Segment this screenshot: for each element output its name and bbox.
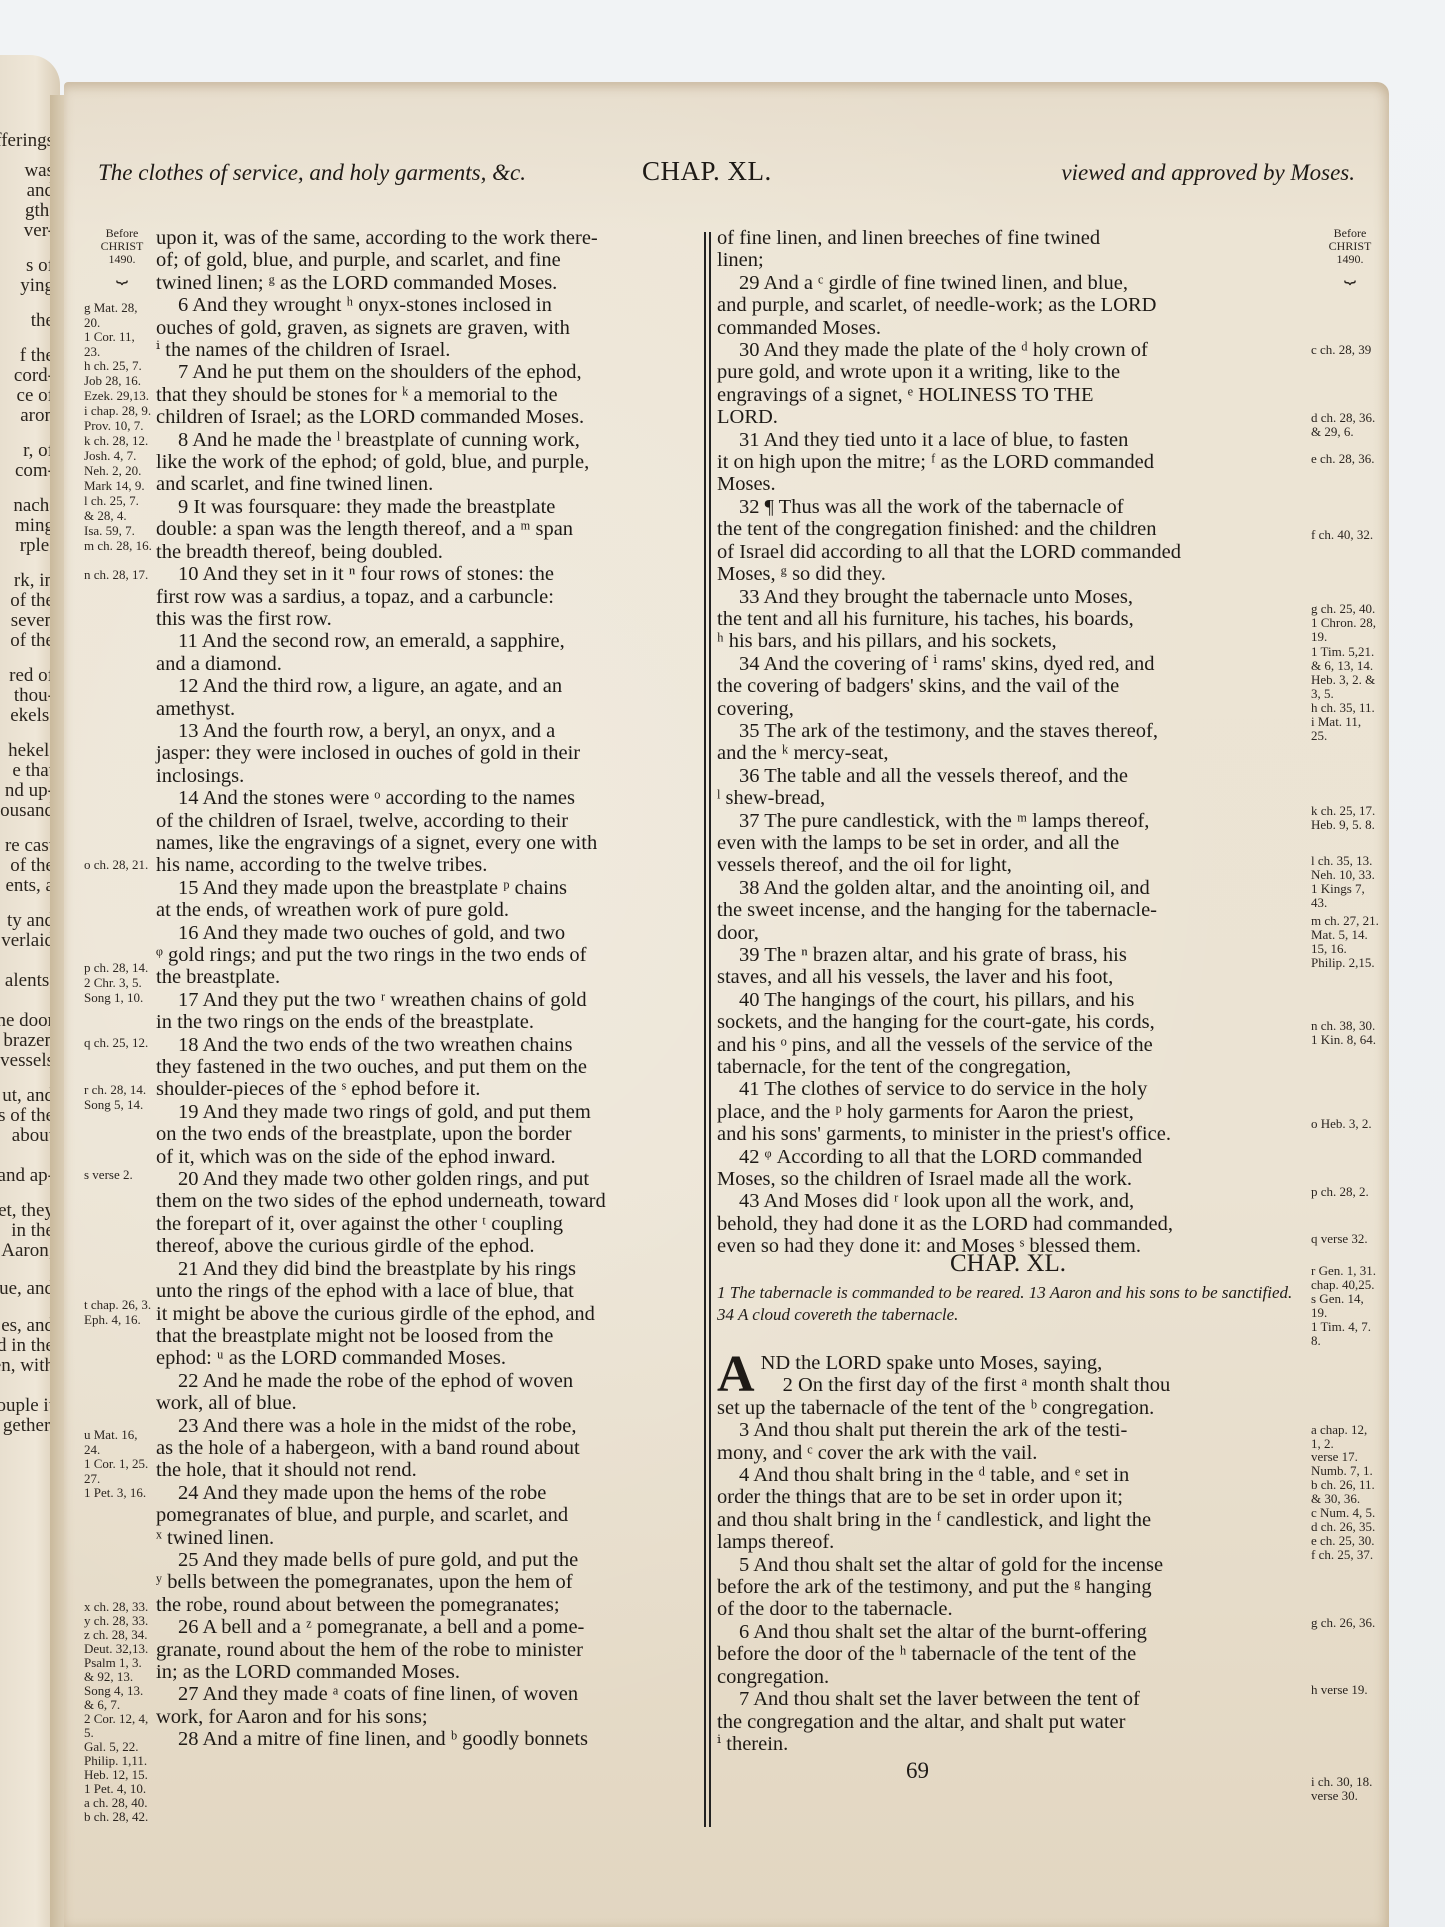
left-page-text-fragment: d in the	[0, 1335, 54, 1357]
margin-reference: 43.	[1311, 895, 1327, 910]
margin-reference: 23.	[84, 344, 100, 359]
verse-line: as the hole of a habergeon, with a band …	[156, 1437, 696, 1459]
margin-reference: 19.	[1311, 629, 1327, 644]
left-page-text-fragment: cord-	[14, 365, 54, 387]
verse-line: and thou shalt bring in the ᶠ candlestic…	[717, 1509, 1299, 1531]
verse-line: double: a span was the length thereof, a…	[156, 518, 696, 540]
margin-reference: & 92, 13.	[84, 1669, 133, 1684]
verse-line: 35 The ark of the testimony, and the sta…	[717, 720, 1299, 742]
verse-line: twined linen; ᵍ as the LORD commanded Mo…	[156, 272, 696, 294]
margin-reference: x ch. 28, 33.	[84, 1599, 148, 1614]
margin-reference: Heb. 3, 2. &	[1311, 672, 1375, 687]
verse-line: order the things that are to be set in o…	[717, 1486, 1299, 1508]
left-page-text-fragment: alents,	[5, 970, 54, 992]
verse-line: 42 ᵠ According to all that the LORD comm…	[717, 1146, 1299, 1168]
verse-line: pomegranates of blue, and purple, and sc…	[156, 1504, 696, 1526]
left-page-text-fragment: Aaron;	[1, 1240, 54, 1262]
margin-reference: o Heb. 3, 2.	[1311, 1116, 1372, 1131]
verse-line: pure gold, and wrote upon it a writing, …	[717, 361, 1299, 383]
verse-line: 16 And they made two ouches of gold, and…	[156, 922, 696, 944]
margin-reference: 1 Pet. 3, 16.	[84, 1485, 146, 1500]
margin-reference: & 28, 4.	[84, 508, 127, 523]
left-page-text-fragment: ce of	[17, 385, 54, 407]
verse-line: that they should be stones for ᵏ a memor…	[156, 384, 696, 406]
verse-line: in the two rings on the ends of the brea…	[156, 1011, 696, 1033]
verse-line: 14 And the stones were ᵒ according to th…	[156, 787, 696, 809]
margin-reference: & 6, 13, 14.	[1311, 658, 1373, 673]
verse-line: Moses, ᵍ so did they.	[717, 563, 1299, 585]
margin-reference: m ch. 27, 21.	[1311, 913, 1379, 928]
verse-line: it might be above the curious girdle of …	[156, 1303, 696, 1325]
brace-ornament-icon: ⏟	[84, 266, 160, 280]
margin-reference: 5.	[84, 1725, 94, 1740]
verse-line: ND the LORD spake unto Moses, saying,	[717, 1352, 1299, 1374]
verse-line: names, like the engravings of a signet, …	[156, 832, 696, 854]
margin-reference: & 29, 6.	[1311, 424, 1354, 439]
verse-line: the tent and all his furniture, his tach…	[717, 608, 1299, 630]
margin-reference: chap. 40,25.	[1311, 1277, 1375, 1292]
margin-reference: y ch. 28, 33.	[84, 1613, 148, 1628]
verse-line: 22 And he made the robe of the ephod of …	[156, 1370, 696, 1392]
verse-line: shoulder-pieces of the ˢ ephod before it…	[156, 1078, 696, 1100]
margin-reference: s Gen. 14,	[1311, 1291, 1364, 1306]
margin-reference: Job 28, 16.	[84, 373, 141, 388]
left-page-text-fragment: thou-	[14, 685, 54, 707]
chapter-summary: 1 The tabernacle is commanded to be rear…	[717, 1282, 1299, 1326]
margin-reference: c ch. 28, 39	[1311, 342, 1371, 357]
verse-line: even with the lamps to be set in order, …	[717, 832, 1299, 854]
verse-line: 12 And the third row, a ligure, an agate…	[156, 675, 696, 697]
verse-line: sockets, and the hanging for the court-g…	[717, 1011, 1299, 1033]
margin-reference: i ch. 30, 18.	[1311, 1774, 1372, 1789]
verse-line: 6 And they wrought ʰ onyx-stones inclose…	[156, 294, 696, 316]
left-page-text-fragment: red of	[9, 665, 54, 687]
left-page-text-fragment: of the	[10, 590, 54, 612]
margin-reference: & 6, 7.	[84, 1697, 120, 1712]
verse-line: ˣ twined linen.	[156, 1527, 696, 1549]
verse-line: Moses, so the children of Israel made al…	[717, 1168, 1299, 1190]
margin-reference: Song 1, 10.	[84, 990, 143, 1005]
verse-line: staves, and all his vessels, the laver a…	[717, 966, 1299, 988]
verse-line: of the door to the tabernacle.	[717, 1598, 1299, 1620]
margin-reference: verse 30.	[1311, 1788, 1358, 1803]
right-text-column-bottom: A ND the LORD spake unto Moses, saying, …	[717, 1352, 1299, 1755]
left-page-text-fragment: com-	[15, 460, 54, 482]
left-page-text-fragment: ue, and	[0, 1278, 54, 1300]
margin-reference: n ch. 28, 17.	[84, 567, 148, 582]
verse-line: 28 And a mitre of fine linen, and ᵇ good…	[156, 1728, 696, 1750]
verse-line: 32 ¶ Thus was all the work of the tabern…	[717, 496, 1299, 518]
margin-reference: p ch. 28, 14.	[84, 960, 148, 975]
verse-line: 40 The hangings of the court, his pillar…	[717, 989, 1299, 1011]
verse-line: amethyst.	[156, 698, 696, 720]
margin-reference: 1 Tim. 5,21.	[1311, 644, 1374, 659]
left-page-text-fragment: gether.	[3, 1415, 54, 1437]
verse-line: they fastened in the two ouches, and put…	[156, 1056, 696, 1078]
left-page-text-fragment: ty and	[7, 910, 54, 932]
verse-line: his name, according to the twelve tribes…	[156, 854, 696, 876]
verse-line: 7 And thou shalt set the laver between t…	[717, 1688, 1299, 1710]
verse-line: 34 And the covering of ⁱ rams' skins, dy…	[717, 653, 1299, 675]
verse-line: at the ends, of wreathen work of pure go…	[156, 899, 696, 921]
left-page-text-fragment: ut, and	[2, 1085, 54, 1107]
margin-reference: p ch. 28, 2.	[1311, 1184, 1369, 1199]
left-page-text-fragment: of the	[10, 855, 54, 877]
margin-reference: z ch. 28, 34.	[84, 1627, 148, 1642]
verse-line: 11 And the second row, an emerald, a sap…	[156, 630, 696, 652]
margin-reference: Heb. 12, 15.	[84, 1767, 148, 1782]
margin-reference: l ch. 35, 13.	[1311, 853, 1372, 868]
margin-reference: Psalm 1, 3.	[84, 1655, 142, 1670]
verse-line: children of Israel; as the LORD commande…	[156, 406, 696, 428]
verse-line: 18 And the two ends of the two wreathen …	[156, 1034, 696, 1056]
verse-line: 2 On the first day of the first ᵃ month …	[717, 1374, 1299, 1396]
margin-reference: g Mat. 28,	[84, 300, 137, 315]
margin-reference: Numb. 7, 1.	[1311, 1463, 1373, 1478]
verse-line: 38 And the golden altar, and the anointi…	[717, 877, 1299, 899]
left-margin-references: Before CHRIST 1490. ⏟ g Mat. 28,20.1 Cor…	[84, 227, 160, 280]
bible-page: The clothes of service, and holy garment…	[64, 82, 1389, 1927]
verse-line: like the work of the ephod; of gold, blu…	[156, 451, 696, 473]
drop-cap: A	[717, 1354, 755, 1396]
margin-reference: 1 Cor. 11,	[84, 329, 135, 344]
margin-reference: k ch. 25, 17.	[1311, 803, 1375, 818]
page-number: 69	[906, 1758, 929, 1784]
left-page-text-fragment: rple,	[20, 535, 54, 557]
margin-reference: Mat. 5, 14.	[1311, 927, 1368, 942]
margin-reference: q verse 32.	[1311, 1231, 1368, 1246]
verse-line: the sweet incense, and the hanging for t…	[717, 899, 1299, 921]
left-page-text-fragment: brazen	[3, 1030, 54, 1052]
left-page-text-fragment: e that	[12, 760, 54, 782]
verse-line: 9 It was foursquare: they made the breas…	[156, 496, 696, 518]
verse-line: 7 And he put them on the shoulders of th…	[156, 361, 696, 383]
verse-line: ⁱ the names of the children of Israel.	[156, 339, 696, 361]
left-page-text-fragment: s of the	[0, 1105, 54, 1127]
left-page-text-fragment: offerings	[0, 130, 54, 152]
margin-reference: c Num. 4, 5.	[1311, 1505, 1375, 1520]
verse-line: 31 And they tied unto it a lace of blue,…	[717, 429, 1299, 451]
verse-line: 33 And they brought the tabernacle unto …	[717, 586, 1299, 608]
margin-reference: e ch. 28, 36.	[1311, 451, 1375, 466]
left-page-text-fragment: vessels	[0, 1050, 54, 1072]
verse-line: before the door of the ʰ tabernacle of t…	[717, 1643, 1299, 1665]
margin-reference: Philip. 2,15.	[1311, 955, 1375, 970]
right-margin-references: Before CHRIST 1490. ⏟ c ch. 28, 39d ch. …	[1311, 227, 1389, 280]
verse-line: first row was a sardius, a topaz, and a …	[156, 586, 696, 608]
brace-ornament-icon: ⏟	[1311, 266, 1389, 280]
verse-line: 10 And they set in it ⁿ four rows of sto…	[156, 563, 696, 585]
margin-reference: h ch. 25, 7.	[84, 358, 142, 373]
margin-reference: 1 Kings 7,	[1311, 881, 1365, 896]
margin-reference: 2 Cor. 12, 4,	[84, 1711, 148, 1726]
verse-line: the breadth thereof, being doubled.	[156, 541, 696, 563]
verse-line: set up the tabernacle of the tent of the…	[717, 1397, 1299, 1419]
verse-line: door,	[717, 922, 1299, 944]
verse-line: 5 And thou shalt set the altar of gold f…	[717, 1554, 1299, 1576]
margin-reference: Josh. 4, 7.	[84, 448, 136, 463]
left-page-text-fragment: ming	[15, 515, 54, 537]
verse-line: 6 And thou shalt set the altar of the bu…	[717, 1621, 1299, 1643]
margin-reference: b ch. 28, 42.	[84, 1809, 148, 1824]
verse-line: 3 And thou shalt put therein the ark of …	[717, 1419, 1299, 1441]
running-head-left: The clothes of service, and holy garment…	[98, 160, 526, 186]
verse-line: 17 And they put the two ʳ wreathen chain…	[156, 989, 696, 1011]
verse-line: work, all of blue.	[156, 1392, 696, 1414]
left-text-column: upon it, was of the same, according to t…	[156, 227, 696, 1751]
verse-line: the covering of badgers' skins, and the …	[717, 675, 1299, 697]
verse-line: the hole, that it should not rend.	[156, 1459, 696, 1481]
chapter-heading: CHAP. XL.	[717, 1250, 1299, 1278]
verse-line: jasper: they were inclosed in ouches of …	[156, 742, 696, 764]
margin-reference: 1 Kin. 8, 64.	[1311, 1032, 1376, 1047]
margin-reference: m ch. 28, 16.	[84, 538, 152, 553]
verse-line: LORD.	[717, 406, 1299, 428]
verse-line: ˡ shew-bread,	[717, 787, 1299, 809]
margin-reference: 24.	[84, 1442, 100, 1457]
verse-line: 39 The ⁿ brazen altar, and his grate of …	[717, 944, 1299, 966]
left-page-text-fragment: verlaid	[1, 930, 54, 952]
margin-reference: 15, 16.	[1311, 941, 1347, 956]
margin-reference: 2 Chr. 3, 5.	[84, 975, 142, 990]
verse-line: covering,	[717, 698, 1299, 720]
verse-line: 26 A bell and a ᶻ pomegranate, a bell an…	[156, 1616, 696, 1638]
verse-line: 4 And thou shalt bring in the ᵈ table, a…	[717, 1464, 1299, 1486]
margin-reference: h verse 19.	[1311, 1682, 1368, 1697]
verse-line: ephod: ᵘ as the LORD commanded Moses.	[156, 1347, 696, 1369]
margin-reference: u Mat. 16,	[84, 1427, 137, 1442]
verse-line: 36 The table and all the vessels thereof…	[717, 765, 1299, 787]
margin-reference: q ch. 25, 12.	[84, 1035, 148, 1050]
verse-line: upon it, was of the same, according to t…	[156, 227, 696, 249]
margin-reference: Gal. 5, 22.	[84, 1739, 139, 1754]
verse-line: vessels thereof, and the oil for light,	[717, 854, 1299, 876]
left-page-text-fragment: es, and	[1, 1315, 54, 1337]
margin-reference: Mark 14, 9.	[84, 478, 145, 493]
verse-line: 24 And they made upon the hems of the ro…	[156, 1482, 696, 1504]
margin-reference: 1 Pet. 4, 10.	[84, 1781, 146, 1796]
verse-line: work, for Aaron and for his sons;	[156, 1706, 696, 1728]
margin-reference: 20.	[84, 315, 100, 330]
verse-line: ⁱ therein.	[717, 1733, 1299, 1755]
verse-line: inclosings.	[156, 765, 696, 787]
margin-reference: Neh. 10, 33.	[1311, 867, 1375, 882]
verse-line: 41 The clothes of service to do service …	[717, 1078, 1299, 1100]
verse-line: 27 And they made ᵃ coats of fine linen, …	[156, 1683, 696, 1705]
margin-reference: 1 Cor. 1, 25.	[84, 1456, 148, 1471]
left-page-text-fragment: nd up-	[5, 780, 54, 802]
margin-reference: i Mat. 11,	[1311, 714, 1361, 729]
running-head-right: viewed and approved by Moses.	[1061, 160, 1355, 186]
verse-line: and his sons' garments, to minister in t…	[717, 1123, 1299, 1145]
verse-line: linen;	[717, 249, 1299, 271]
left-page-text-fragment: ents, a	[5, 875, 54, 897]
verse-line: the robe, round about between the pomegr…	[156, 1594, 696, 1616]
verse-line: before the ark of the testimony, and put…	[717, 1576, 1299, 1598]
left-page-text-fragment: of the	[10, 630, 54, 652]
margin-reference: s verse 2.	[84, 1167, 133, 1182]
verse-line: mony, and ᶜ cover the ark with the vail.	[717, 1442, 1299, 1464]
margin-reference: l ch. 25, 7.	[84, 493, 139, 508]
margin-reference: f ch. 25, 37.	[1311, 1547, 1373, 1562]
margin-reference: Deut. 32,13.	[84, 1641, 148, 1656]
left-page-text-fragment: nach,	[13, 495, 54, 517]
left-page-text-fragment: ouple it	[0, 1395, 54, 1417]
verse-line: of the children of Israel, twelve, accor…	[156, 810, 696, 832]
left-page-text-fragment: rk, in	[14, 570, 54, 592]
margin-reference: Philip. 1,11.	[84, 1753, 147, 1768]
margin-reference: Neh. 2, 20.	[84, 463, 141, 478]
verse-line: that the breastplate might not be loosed…	[156, 1325, 696, 1347]
verse-line: 19 And they made two rings of gold, and …	[156, 1101, 696, 1123]
margin-reference: n ch. 38, 30.	[1311, 1018, 1375, 1033]
verse-line: the forepart of it, over against the oth…	[156, 1213, 696, 1235]
verse-line: in; as the LORD commanded Moses.	[156, 1661, 696, 1683]
left-page-text-fragment: ousand	[0, 800, 54, 822]
verse-line: 37 The pure candlestick, with the ᵐ lamp…	[717, 810, 1299, 832]
verse-line: 8 And he made the ˡ breastplate of cunni…	[156, 429, 696, 451]
verse-line: 30 And they made the plate of the ᵈ holy…	[717, 339, 1299, 361]
margin-reference: t chap. 26, 3.	[84, 1297, 151, 1312]
verse-line: it on high upon the mitre; ᶠ as the LORD…	[717, 451, 1299, 473]
left-page-text-fragment: about	[12, 1125, 54, 1147]
verse-line: and scarlet, and fine twined linen.	[156, 473, 696, 495]
verse-line: ʰ his bars, and his pillars, and his soc…	[717, 630, 1299, 652]
verse-line: granate, round about the hem of the robe…	[156, 1639, 696, 1661]
verse-line: them on the two sides of the ephod under…	[156, 1190, 696, 1212]
verse-line: engravings of a signet, ᵉ HOLINESS TO TH…	[717, 384, 1299, 406]
margin-reference: Eph. 4, 16.	[84, 1312, 141, 1327]
verse-line: on the two ends of the breastplate, upon…	[156, 1123, 696, 1145]
margin-reference: 27.	[84, 1471, 100, 1486]
margin-reference: Prov. 10, 7.	[84, 418, 143, 433]
verse-line: 20 And they made two other golden rings,…	[156, 1168, 696, 1190]
verse-line: 29 And a ᶜ girdle of fine twined linen, …	[717, 272, 1299, 294]
verse-line: tabernacle, for the tent of the congrega…	[717, 1056, 1299, 1078]
margin-reference: Ezek. 29,13.	[84, 388, 149, 403]
left-page-text-fragment: and ap-	[0, 1165, 54, 1187]
verse-line: commanded Moses.	[717, 317, 1299, 339]
margin-reference: r ch. 28, 14.	[84, 1082, 146, 1097]
verse-line: unto the rings of the ephod with a lace …	[156, 1280, 696, 1302]
verse-line: and his ᵒ pins, and all the vessels of t…	[717, 1034, 1299, 1056]
margin-reference: a ch. 28, 40.	[84, 1795, 148, 1810]
left-page-text-fragment: he door	[0, 1010, 54, 1032]
left-page-text-fragment: et, they	[0, 1200, 54, 1222]
margin-reference: g ch. 25, 40.	[1311, 601, 1375, 616]
verse-line: 15 And they made upon the breastplate ᵖ …	[156, 877, 696, 899]
verse-line: 23 And there was a hole in the midst of …	[156, 1415, 696, 1437]
margin-reference: a chap. 12,	[1311, 1422, 1367, 1437]
margin-reference: 1 Chron. 28,	[1311, 615, 1376, 630]
column-rule	[709, 232, 711, 1827]
verse-line: this was the first row.	[156, 608, 696, 630]
margin-reference: b ch. 26, 11.	[1311, 1477, 1375, 1492]
margin-reference: 19.	[1311, 1305, 1327, 1320]
verse-line: congregation.	[717, 1666, 1299, 1688]
verse-line: ʸ bells between the pomegranates, upon t…	[156, 1571, 696, 1593]
verse-line: lamps thereof.	[717, 1531, 1299, 1553]
left-page-text-fragment: aron	[20, 405, 54, 427]
verse-line: thereof, above the curious girdle of the…	[156, 1235, 696, 1257]
verse-line: and the ᵏ mercy-seat,	[717, 742, 1299, 764]
left-page-text-fragment: f the	[20, 345, 54, 367]
verse-line: the congregation and the altar, and shal…	[717, 1711, 1299, 1733]
right-text-column-top: of fine linen, and linen breeches of fin…	[717, 227, 1299, 1258]
margin-reference: d ch. 28, 36.	[1311, 410, 1375, 425]
margin-reference: 25.	[1311, 728, 1327, 743]
verse-line: 43 And Moses did ʳ look upon all the wor…	[717, 1190, 1299, 1212]
margin-reference: h ch. 35, 11.	[1311, 700, 1375, 715]
margin-reference: o ch. 28, 21.	[84, 857, 148, 872]
verse-line: place, and the ᵖ holy garments for Aaron…	[717, 1101, 1299, 1123]
left-page-text-fragment: seven	[11, 610, 54, 632]
margin-reference: verse 17.	[1311, 1449, 1358, 1464]
margin-reference: e ch. 25, 30.	[1311, 1533, 1375, 1548]
margin-reference: Song 4, 13.	[84, 1683, 143, 1698]
verse-line: ᵠ gold rings; and put the two rings in t…	[156, 944, 696, 966]
margin-reference: d ch. 26, 35.	[1311, 1519, 1375, 1534]
margin-reference: i chap. 28, 9.	[84, 403, 151, 418]
verse-line: of it, which was on the side of the epho…	[156, 1146, 696, 1168]
verse-line: the breastplate.	[156, 966, 696, 988]
margin-reference: f ch. 40, 32.	[1311, 527, 1373, 542]
left-page-text-fragment: hekel,	[8, 740, 54, 762]
margin-reference: 8.	[1311, 1333, 1321, 1348]
verse-line: ouches of gold, graven, as signets are g…	[156, 317, 696, 339]
verse-line: Moses.	[717, 473, 1299, 495]
verse-line: of Israel did according to all that the …	[717, 541, 1299, 563]
verse-line: 13 And the fourth row, a beryl, an onyx,…	[156, 720, 696, 742]
margin-reference: k ch. 28, 12.	[84, 433, 148, 448]
verse-line: of; of gold, blue, and purple, and scarl…	[156, 249, 696, 271]
margin-reference: r Gen. 1, 31.	[1311, 1263, 1376, 1278]
verse-line: 25 And they made bells of pure gold, and…	[156, 1549, 696, 1571]
verse-line: and purple, and scarlet, of needle-work;…	[717, 294, 1299, 316]
left-page-text-fragment: en, with	[0, 1355, 54, 1377]
running-head-chapter: CHAP. XL.	[642, 156, 772, 187]
left-page-text-fragment: ekels,	[10, 705, 54, 727]
verse-line: and a diamond.	[156, 653, 696, 675]
margin-reference: Heb. 9, 5. 8.	[1311, 817, 1375, 832]
margin-reference: 1 Tim. 4, 7.	[1311, 1319, 1371, 1334]
margin-reference: 3, 5.	[1311, 686, 1334, 701]
margin-reference: Song 5, 14.	[84, 1097, 143, 1112]
left-page-text-fragment: ying	[20, 275, 54, 297]
margin-reference: g ch. 26, 36.	[1311, 1615, 1375, 1630]
verse-line: behold, they had done it as the LORD had…	[717, 1213, 1299, 1235]
column-rule	[704, 232, 706, 1827]
margin-reference: Isa. 59, 7.	[84, 523, 135, 538]
left-page-text-fragment: in the	[11, 1220, 54, 1242]
margin-reference: & 30, 36.	[1311, 1491, 1360, 1506]
verse-line: of fine linen, and linen breeches of fin…	[717, 227, 1299, 249]
verse-line: 21 And they did bind the breastplate by …	[156, 1258, 696, 1280]
verse-line: the tent of the congregation finished: a…	[717, 518, 1299, 540]
left-page-text-fragment: re cast	[5, 835, 54, 857]
